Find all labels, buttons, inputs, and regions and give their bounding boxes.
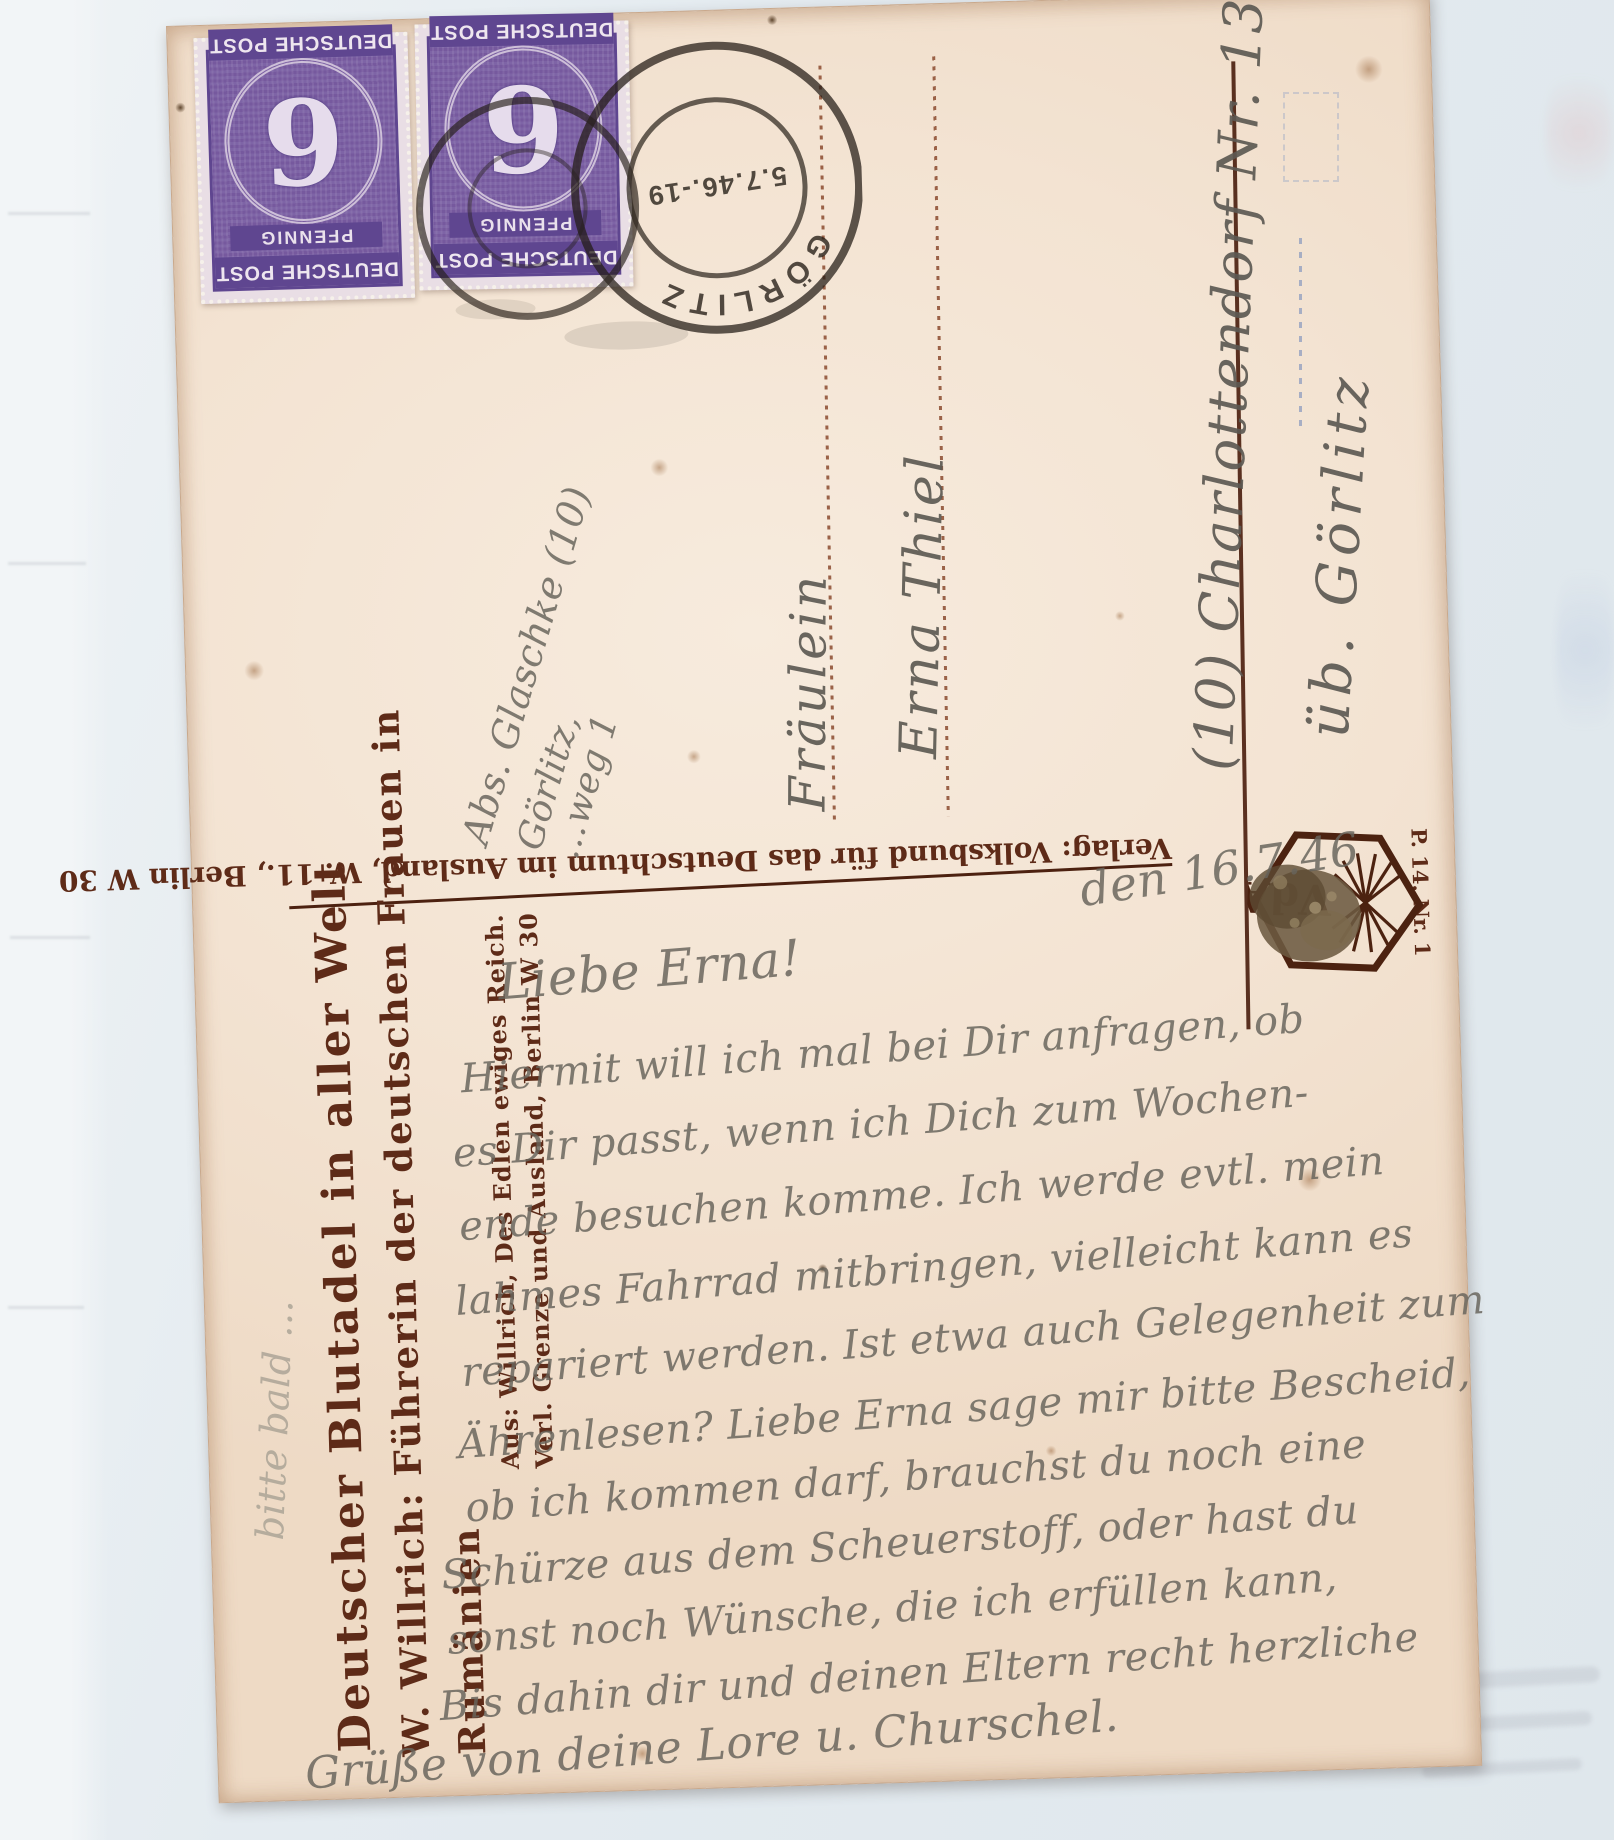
- routing-line: üb. Görlitz: [1297, 370, 1383, 740]
- bleed-through-line: [8, 1306, 84, 1309]
- postmark-icon: GÖRLITZ 5.7.46.-19: [317, 0, 868, 394]
- scanner-left-strip: [0, 0, 108, 1840]
- postmark-date: 5.7.46.-19: [644, 160, 789, 211]
- publisher-imprint: Verlag: Volksbund für das Deutschtum im …: [290, 832, 1173, 891]
- age-spot: [244, 660, 265, 681]
- destination-line: (10) Charlottendorf Nr. 133: [1181, 0, 1276, 772]
- age-spot: [1115, 611, 1125, 621]
- blue-dashed-ghost-line: [1299, 238, 1302, 434]
- recipient-title: Fräulein: [779, 573, 838, 812]
- age-spot: [687, 749, 701, 763]
- bleed-through-line: [10, 936, 90, 939]
- bleed-through-line: [8, 562, 86, 565]
- age-spot: [650, 458, 669, 477]
- postcard: Verlag: Volksbund für das Deutschtum im …: [166, 0, 1482, 1803]
- scanned-postcard-back: Verlag: Volksbund für das Deutschtum im …: [0, 0, 1614, 1840]
- age-spot: [1354, 55, 1383, 84]
- svg-text:GÖRLITZ: GÖRLITZ: [644, 224, 847, 332]
- edge-smudge: [1546, 58, 1612, 208]
- caption-title: Deutscher Blutadel in aller Welt: [304, 858, 381, 1752]
- postmark-town: GÖRLITZ: [644, 224, 847, 332]
- blue-ghost-box: [1283, 92, 1339, 182]
- edge-smudge: [1556, 540, 1614, 760]
- bleed-through-line: [8, 212, 90, 215]
- age-spot: [175, 102, 185, 112]
- recipient-name: Erna Thiel: [889, 452, 956, 759]
- margin-note: bitte bald …: [248, 1298, 302, 1541]
